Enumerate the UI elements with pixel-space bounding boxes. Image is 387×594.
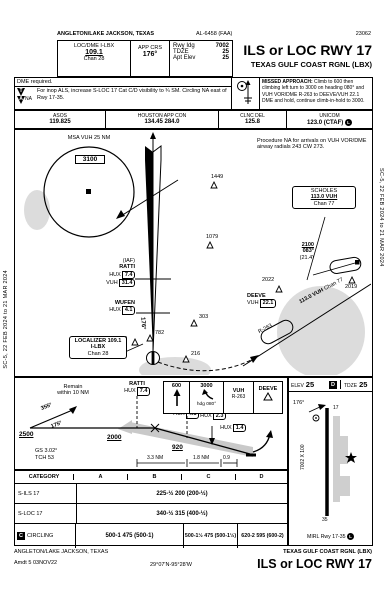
taxiway [333,416,340,502]
al-number: AL-6458 (FAA) [196,31,232,37]
sils-label: S-ILS 17 [15,484,77,503]
chart-ref-number: 23062 [356,31,371,37]
alternate-minimums-icon: A [17,96,25,104]
approach-lights-box [232,78,260,109]
loc-channel: Chan 28 [58,56,130,62]
procedure-title: ILS or LOC RWY 17 [243,42,372,58]
unicom-cell: UNICOM 123.0 (CTAF) L [287,111,372,128]
notes-band: DME required. T ANA For inop ALS, increa… [14,77,373,110]
left-turn-arrow-icon [199,389,215,400]
pilot-controlled-lighting-icon: L [347,533,354,540]
localizer-ident-box: LOC/DME I-LBX 109.1 Chan 28 [58,41,131,76]
approach-course-box: APP CRS 176° [131,41,170,76]
clearance-delivery-cell: CLNC DEL 125.8 [219,111,287,128]
cat-a-header: A [74,474,128,480]
missed-step-1: 600 [164,382,190,413]
declared-distances-icon: D [329,381,337,389]
fix-triangle-icon [263,392,273,401]
deeve-fix-label: DEEVE VUH 22.1 [247,293,276,308]
inop-als-note: For inop ALS, increase S-LOC 17 Cat C/D … [37,88,229,104]
circling-row: C CIRCLING 500-1 475 (500-1) 500-1½ 475 … [15,524,287,548]
tdze-cell: TDZE25 [340,380,372,389]
radial-arrow-icon [116,210,125,219]
airport-sketch: ELEV25 D TDZE25 176° 17 35 7002 X 10 [288,377,373,546]
loc-frequency: 109.1 [58,49,130,56]
field-elevation: 25 [306,380,314,389]
title-block: ILS or LOC RWY 17 TEXAS GULF COAST RGNL … [243,42,372,69]
glideslope-angle: GS 3.02° [35,448,57,454]
edition-text-left: SC-5, 22 FEB 2024 to 21 MAR 2024 [3,270,9,369]
runway-data-box: Rwy Idg7002 TDZE25 Apt Elev25 [170,41,232,76]
tch-value: TCH 53 [35,455,54,461]
sils-row: S-ILS 17 225-½ 200 (200-½) [15,484,287,504]
scholes-vortac-box: SCHOLES 113.0 VUH Chan 77 [292,186,356,209]
minima-table: CATEGORY A B C D S-ILS 17 225-½ 200 (200… [14,470,288,546]
segment-distance-3: 0.9 [223,456,230,462]
sketch-header: ELEV25 D TDZE25 [289,378,372,392]
apt-elev-value: 25 [222,55,229,61]
missed-climb-arrow-icon [266,430,273,438]
final-approach-arrow-icon [318,404,326,410]
sketch-final-course: 176° [293,400,304,406]
airport-name: TEXAS GULF COAST RGNL (LBX) [243,60,372,69]
missed-step-3: VUH R-263 [224,382,254,413]
footer-city: ANGLETON/LAKE JACKSON, TEXAS [14,549,108,555]
dme-required-note: DME required. [15,78,231,87]
arrival-note: Procedure NA for arrivals on VUH VOR/DME… [257,138,367,151]
remain-within-label: Remainwithin 10 NM [43,384,103,397]
app-con-frequency: 134.45 284.0 [106,119,218,125]
obstacle-elevation: 2019 [345,284,357,290]
asos-cell: ASOS 119.825 [15,111,106,128]
comms-band: ASOS 119.825 HOUSTON APP CON 134.45 284.… [14,110,373,129]
sloc-label: S-LOC 17 [15,504,77,523]
apron [340,476,350,496]
alternate-na-label: NA [25,96,32,102]
circling-label: CIRCLING [27,533,53,539]
pt-altitude: 2500 [19,431,33,438]
obstacle-elevation: 303 [199,314,208,320]
profile-view: Remainwithin 10 NM RATTI HUX 7.4 WUFEN H… [14,377,288,470]
obstacle-elevation: 2022 [262,277,274,283]
runway-end-17: 17 [333,406,339,412]
unicom-frequency: 123.0 (CTAF) L [287,119,372,126]
symbol-column: T ANA [17,88,37,104]
obstacle-elevation: 216 [191,351,200,357]
sloc-minima: 340-½ 315 (400-½) [77,511,287,517]
hux14-label: HUX 1.4 [219,424,247,432]
circling-label-cell: C CIRCLING [15,524,76,548]
localizer-facility-box: LOCALIZER 109.1 I-LBX Chan 28 [69,336,127,359]
segment-distance-1: 3.3 NM [147,456,163,462]
sloc-row: S-LOC 17 340-½ 315 (400-½) [15,504,287,524]
elev-cell: ELEV25 [289,380,329,389]
pt-barb-icon [69,406,77,414]
city-state: ANGLETON/LAKE JACKSON, TEXAS [57,31,154,37]
missed-step-2: 3000 hdg 080° [190,382,224,413]
notes-box: DME required. T ANA For inop ALS, increa… [15,78,232,109]
footer-airport-name: TEXAS GULF COAST RGNL (LBX) [283,549,372,555]
shaded-area [24,190,50,230]
obstacle-elevation: 1449 [211,174,223,180]
hold-data-label: 2100 083° (21.4) [292,242,314,261]
climb-arrow-icon [171,389,183,407]
clnc-del-frequency: 125.8 [219,119,286,125]
profile-ratti-label: RATTI HUX 7.4 [115,381,159,396]
obstacle-elevation: 782 [155,330,164,336]
dme-fix-icon [355,260,360,265]
lighting-note: MIRL Rwy 17-35 L [289,530,372,540]
malsr-icon [232,78,259,108]
amendment-number: Amdt 5 03NOV22 [14,560,57,566]
segment-distance-2: 1.8 NM [193,456,209,462]
airport-coordinates: 29°07'N-95°28'W [150,562,192,568]
cat-c-header: C [182,474,236,480]
apt-elev-label: Apt Elev [173,55,195,61]
runway-end-35: 35 [322,518,328,524]
shaded-area [277,286,365,375]
localizer-feather-icon [145,146,153,352]
runway-dimensions: 7002 X 100 [301,444,307,470]
pilot-controlled-lighting-icon: L [345,119,352,126]
missed-approach-label: MISSED APPROACH: [262,79,313,85]
category-header: CATEGORY [15,474,74,480]
apron [340,436,348,464]
briefing-strip: LOC/DME I-LBX 109.1 Chan 28 APP CRS 176°… [57,40,233,77]
missed-step-4: DEEVE [254,382,282,413]
circling-d-minima: 620-2 595 (600-2) [238,524,287,548]
app-crs-value: 176° [131,51,169,58]
circling-ab-minima: 500-1 475 (500-1) [76,524,184,548]
cat-b-header: B [128,474,182,480]
obstacle-elevation: 1079 [206,234,218,240]
missed-approach-box: MISSED APPROACH: Climb to 600 then climb… [260,78,372,109]
plan-view: MSA VUH 25 NM 3100 Procedure NA for arri… [14,129,373,377]
sils-minima: 225-½ 200 (200-½) [77,491,287,497]
circling-icon: C [17,532,25,540]
wufen-fix-label: WUFEN HUX 4.1 [101,300,135,315]
footer-procedure-title: ILS or LOC RWY 17 [257,557,372,571]
asos-frequency: 119.825 [15,119,105,125]
edition-text-right: SC-5, 22 FEB 2024 to 21 MAR 2024 [378,168,384,267]
tdze-elevation: 25 [359,380,367,389]
ratti-fix-label: (IAF) RATTI HUX 7.4 VUH 31.4 [99,258,135,287]
missed-approach-icons: 600 3000 hdg 080° VUH R-263 DEEVE [163,381,283,414]
msa-altitude: 3100 [75,155,105,164]
approach-control-cell: HOUSTON APP CON 134.45 284.0 [106,111,219,128]
takeoff-minimums-icon: T [17,88,25,96]
approach-plate: SC-5, 22 FEB 2024 to 21 MAR 2024 SC-5, 2… [0,0,387,594]
circling-c-minima: 500-1½ 475 (500-1½) [184,524,238,548]
sketch-body: 176° 17 35 7002 X 100 [289,392,372,530]
intercept-altitude: 2000 [107,434,121,441]
msa-label: MSA VUH 25 NM [49,135,129,141]
msa-center-icon [86,189,91,194]
north-track-arrow-icon [150,132,156,139]
localizer-feather-icon [153,146,161,352]
cat-d-header: D [236,474,287,480]
final-course-label: 176° [138,317,146,330]
stepdown-altitude: 920 [172,444,183,451]
minima-header-row: CATEGORY A B C D [15,471,287,484]
